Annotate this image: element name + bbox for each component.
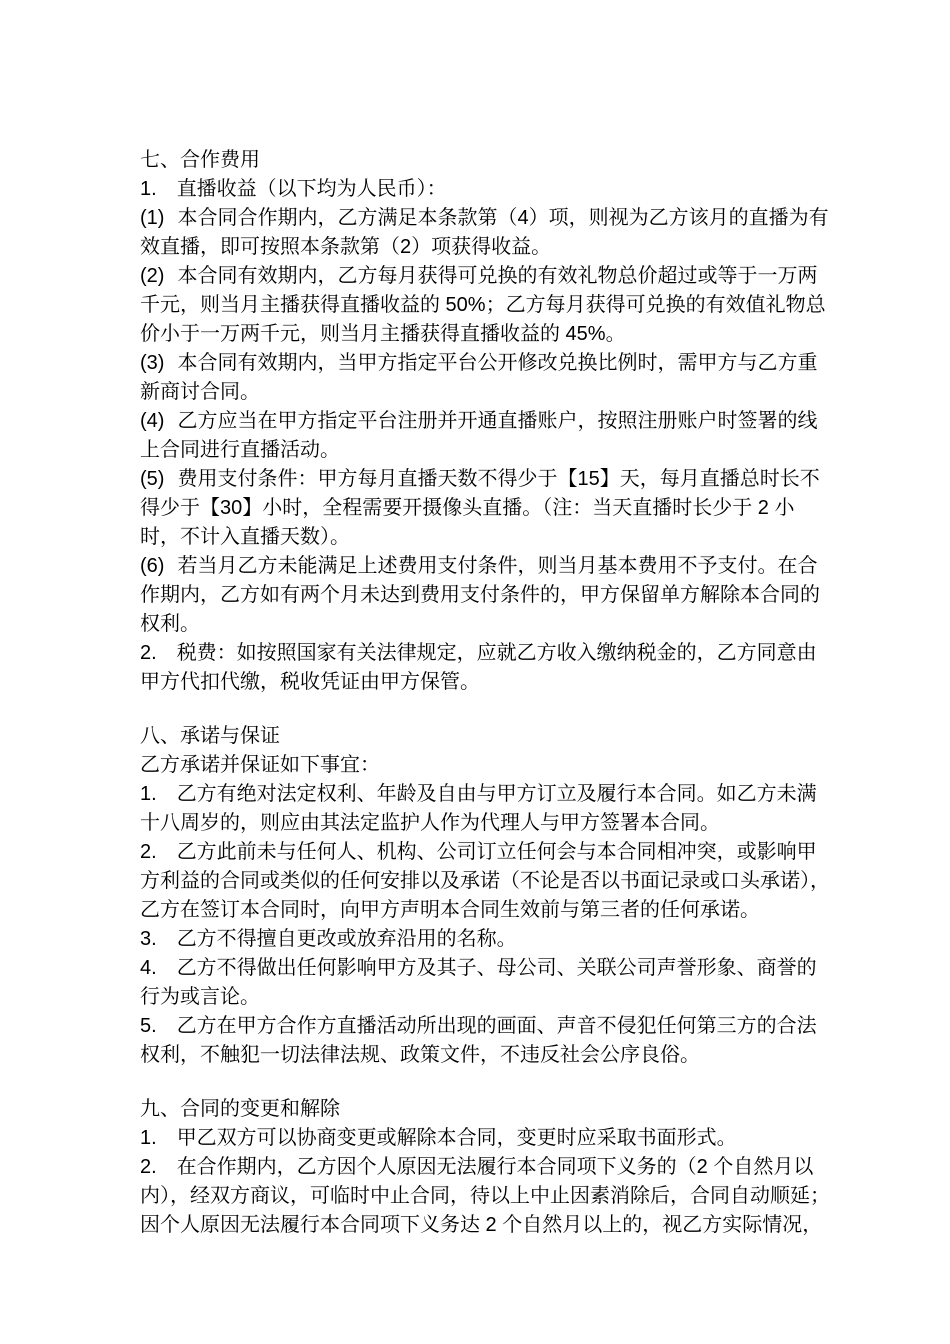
contract-paragraph: 2.在合作期内，乙方因个人原因无法履行本合同项下义务的（2 个自然月以内），经双… [140, 1153, 832, 1240]
contract-paragraph: 2.乙方此前未与任何人、机构、公司订立任何会与本合同相冲突，或影响甲方利益的合同… [140, 838, 832, 925]
contract-paragraph: (2)本合同有效期内，乙方每月获得可兑换的有效礼物总价超过或等于一万两千元，则当… [140, 262, 832, 349]
item-text: 乙方此前未与任何人、机构、公司订立任何会与本合同相冲突，或影响甲方利益的合同或类… [140, 841, 830, 921]
contract-section: 七、合作费用1.直播收益（以下均为人民币）：(1)本合同合作期内，乙方满足本条款… [140, 146, 832, 697]
item-number: (4) [140, 407, 164, 436]
contract-paragraph: 4.乙方不得做出任何影响甲方及其子、母公司、关联公司声誉形象、商誉的行为或言论。 [140, 954, 832, 1012]
contract-paragraph: 1.甲乙双方可以协商变更或解除本合同，变更时应采取书面形式。 [140, 1124, 832, 1153]
item-text: 费用支付条件：甲方每月直播天数不得少于【15】天，每月直播总时长不得少于【30】… [140, 468, 820, 548]
item-text: 本合同有效期内，乙方每月获得可兑换的有效礼物总价超过或等于一万两千元，则当月主播… [140, 265, 826, 345]
item-number: (2) [140, 262, 164, 291]
item-text: 乙方应当在甲方指定平台注册并开通直播账户，按照注册账户时签署的线上合同进行直播活… [140, 410, 817, 461]
item-text: 乙方有绝对法定权利、年龄及自由与甲方订立及履行本合同。如乙方未满十八周岁的，则应… [140, 783, 817, 834]
item-number: 1. [140, 1124, 157, 1153]
contract-paragraph: (4)乙方应当在甲方指定平台注册并开通直播账户，按照注册账户时签署的线上合同进行… [140, 407, 832, 465]
item-text: 本合同合作期内，乙方满足本条款第（4）项，则视为乙方该月的直播为有效直播，即可按… [140, 207, 829, 258]
item-number: 5. [140, 1012, 157, 1041]
item-number: 3. [140, 925, 157, 954]
item-text: 在合作期内，乙方因个人原因无法履行本合同项下义务的（2 个自然月以内），经双方商… [140, 1156, 830, 1236]
section-heading: 八、承诺与保证 [140, 722, 832, 751]
contract-paragraph: 5.乙方在甲方合作方直播活动所出现的画面、声音不侵犯任何第三方的合法权利，不触犯… [140, 1012, 832, 1070]
item-number: 1. [140, 175, 157, 204]
item-number: 1. [140, 780, 157, 809]
contract-paragraph: 1.直播收益（以下均为人民币）： [140, 175, 832, 204]
item-text: 税费：如按照国家有关法律规定，应就乙方收入缴纳税金的，乙方同意由甲方代扣代缴，税… [140, 642, 817, 693]
contract-section: 九、合同的变更和解除1.甲乙双方可以协商变更或解除本合同，变更时应采取书面形式。… [140, 1095, 832, 1240]
item-number: 4. [140, 954, 157, 983]
item-number: 2. [140, 1153, 157, 1182]
contract-paragraph: 2.税费：如按照国家有关法律规定，应就乙方收入缴纳税金的，乙方同意由甲方代扣代缴… [140, 639, 832, 697]
item-number: 2. [140, 838, 157, 867]
contract-paragraph: (1)本合同合作期内，乙方满足本条款第（4）项，则视为乙方该月的直播为有效直播，… [140, 204, 832, 262]
contract-paragraph: 3.乙方不得擅自更改或放弃沿用的名称。 [140, 925, 832, 954]
item-text: 甲乙双方可以协商变更或解除本合同，变更时应采取书面形式。 [177, 1127, 737, 1149]
item-number: (3) [140, 349, 164, 378]
item-text: 直播收益（以下均为人民币）： [177, 178, 447, 200]
item-text: 本合同有效期内，当甲方指定平台公开修改兑换比例时，需甲方与乙方重新商讨合同。 [140, 352, 817, 403]
section-heading: 九、合同的变更和解除 [140, 1095, 832, 1124]
item-number: (6) [140, 552, 164, 581]
item-number: (5) [140, 465, 164, 494]
contract-paragraph: 1.乙方有绝对法定权利、年龄及自由与甲方订立及履行本合同。如乙方未满十八周岁的，… [140, 780, 832, 838]
item-text: 乙方承诺并保证如下事宜： [140, 754, 380, 776]
item-text: 若当月乙方未能满足上述费用支付条件，则当月基本费用不予支付。在合作期内，乙方如有… [140, 555, 820, 635]
contract-paragraph: (6)若当月乙方未能满足上述费用支付条件，则当月基本费用不予支付。在合作期内，乙… [140, 552, 832, 639]
contract-paragraph: 乙方承诺并保证如下事宜： [140, 751, 832, 780]
contract-text: 七、合作费用1.直播收益（以下均为人民币）：(1)本合同合作期内，乙方满足本条款… [140, 146, 832, 1240]
contract-paragraph: (5)费用支付条件：甲方每月直播天数不得少于【15】天，每月直播总时长不得少于【… [140, 465, 832, 552]
item-text: 乙方不得做出任何影响甲方及其子、母公司、关联公司声誉形象、商誉的行为或言论。 [140, 957, 817, 1008]
contract-paragraph: (3)本合同有效期内，当甲方指定平台公开修改兑换比例时，需甲方与乙方重新商讨合同… [140, 349, 832, 407]
item-number: 2. [140, 639, 157, 668]
document-page: 七、合作费用1.直播收益（以下均为人民币）：(1)本合同合作期内，乙方满足本条款… [0, 0, 950, 1344]
item-text: 乙方不得擅自更改或放弃沿用的名称。 [177, 928, 517, 950]
item-text: 乙方在甲方合作方直播活动所出现的画面、声音不侵犯任何第三方的合法权利，不触犯一切… [140, 1015, 817, 1066]
contract-section: 八、承诺与保证乙方承诺并保证如下事宜：1.乙方有绝对法定权利、年龄及自由与甲方订… [140, 722, 832, 1070]
section-heading: 七、合作费用 [140, 146, 832, 175]
item-number: (1) [140, 204, 164, 233]
